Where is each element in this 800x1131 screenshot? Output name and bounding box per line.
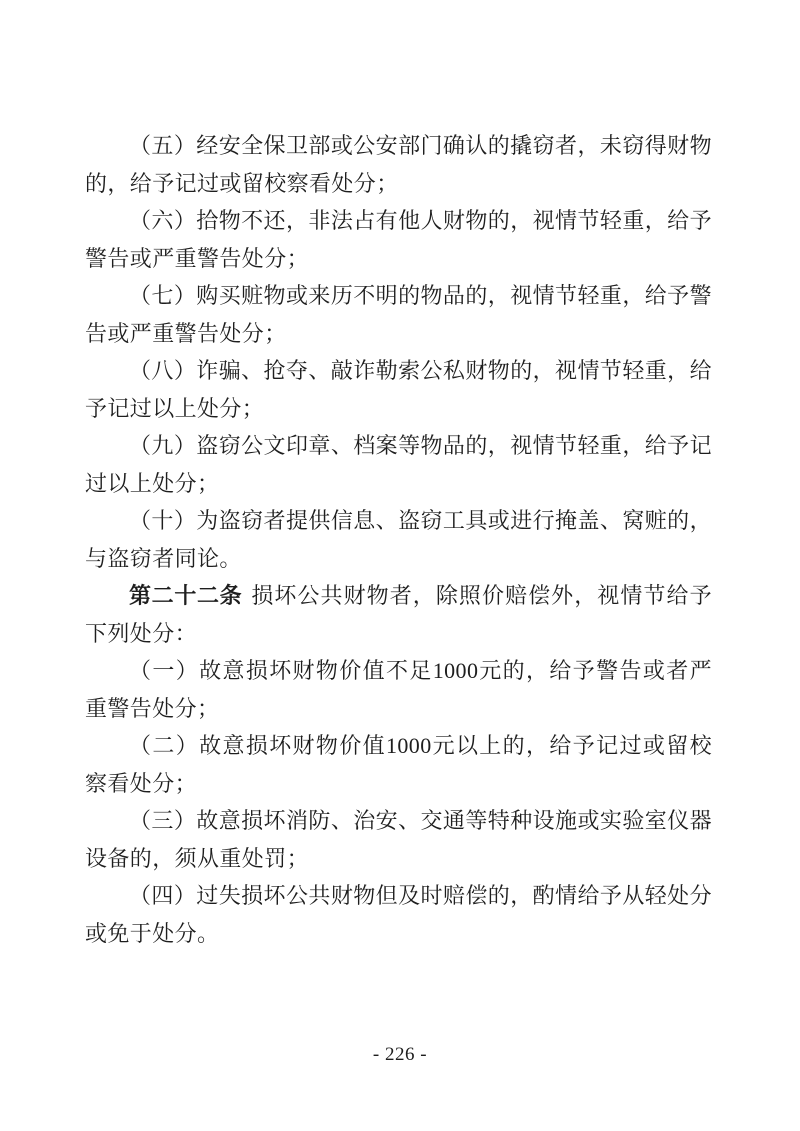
paragraph: （一）故意损坏财物价值不足1000元的，给予警告或者严重警告处分； [85, 652, 712, 727]
paragraph: （十）为盗窃者提供信息、盗窃工具或进行掩盖、窝赃的，与盗窃者同论。 [85, 502, 712, 577]
paragraph: 第二十二条损坏公共财物者，除照价赔偿外，视情节给予下列处分： [85, 577, 712, 652]
document-page: （五）经安全保卫部或公安部门确认的撬窃者，未窃得财物的，给予记过或留校察看处分；… [0, 0, 800, 1131]
paragraph: （三）故意损坏消防、治安、交通等特种设施或实验室仪器设备的，须从重处罚； [85, 802, 712, 877]
paragraph-text: （三）故意损坏消防、治安、交通等特种设施或实验室仪器设备的，须从重处罚； [85, 808, 712, 871]
article-number-heading: 第二十二条 [129, 583, 242, 608]
paragraph-text: （九）盗窃公文印章、档案等物品的，视情节轻重，给予记过以上处分； [85, 433, 712, 496]
document-body: （五）经安全保卫部或公安部门确认的撬窃者，未窃得财物的，给予记过或留校察看处分；… [85, 127, 712, 952]
paragraph: （七）购买赃物或来历不明的物品的，视情节轻重，给予警告或严重警告处分； [85, 277, 712, 352]
paragraph-text: （六）拾物不还，非法占有他人财物的，视情节轻重，给予警告或严重警告处分； [85, 208, 712, 271]
paragraph-text: （八）诈骗、抢夺、敲诈勒索公私财物的，视情节轻重，给予记过以上处分； [85, 358, 712, 421]
paragraph: （八）诈骗、抢夺、敲诈勒索公私财物的，视情节轻重，给予记过以上处分； [85, 352, 712, 427]
paragraph-text: （七）购买赃物或来历不明的物品的，视情节轻重，给予警告或严重警告处分； [85, 283, 712, 346]
paragraph-text: （一）故意损坏财物价值不足1000元的，给予警告或者严重警告处分； [85, 658, 712, 721]
paragraph: （九）盗窃公文印章、档案等物品的，视情节轻重，给予记过以上处分； [85, 427, 712, 502]
paragraph: （五）经安全保卫部或公安部门确认的撬窃者，未窃得财物的，给予记过或留校察看处分； [85, 127, 712, 202]
paragraph-text: （五）经安全保卫部或公安部门确认的撬窃者，未窃得财物的，给予记过或留校察看处分； [85, 133, 712, 196]
page-footer: - 226 - [0, 1044, 800, 1066]
paragraph-text: （四）过失损坏公共财物但及时赔偿的，酌情给予从轻处分或免于处分。 [85, 883, 712, 946]
paragraph: （六）拾物不还，非法占有他人财物的，视情节轻重，给予警告或严重警告处分； [85, 202, 712, 277]
paragraph: （二）故意损坏财物价值1000元以上的，给予记过或留校察看处分； [85, 727, 712, 802]
page-number: - 226 - [373, 1044, 427, 1065]
paragraph: （四）过失损坏公共财物但及时赔偿的，酌情给予从轻处分或免于处分。 [85, 877, 712, 952]
paragraph-text: （十）为盗窃者提供信息、盗窃工具或进行掩盖、窝赃的，与盗窃者同论。 [85, 508, 712, 571]
paragraph-text: （二）故意损坏财物价值1000元以上的，给予记过或留校察看处分； [85, 733, 712, 796]
